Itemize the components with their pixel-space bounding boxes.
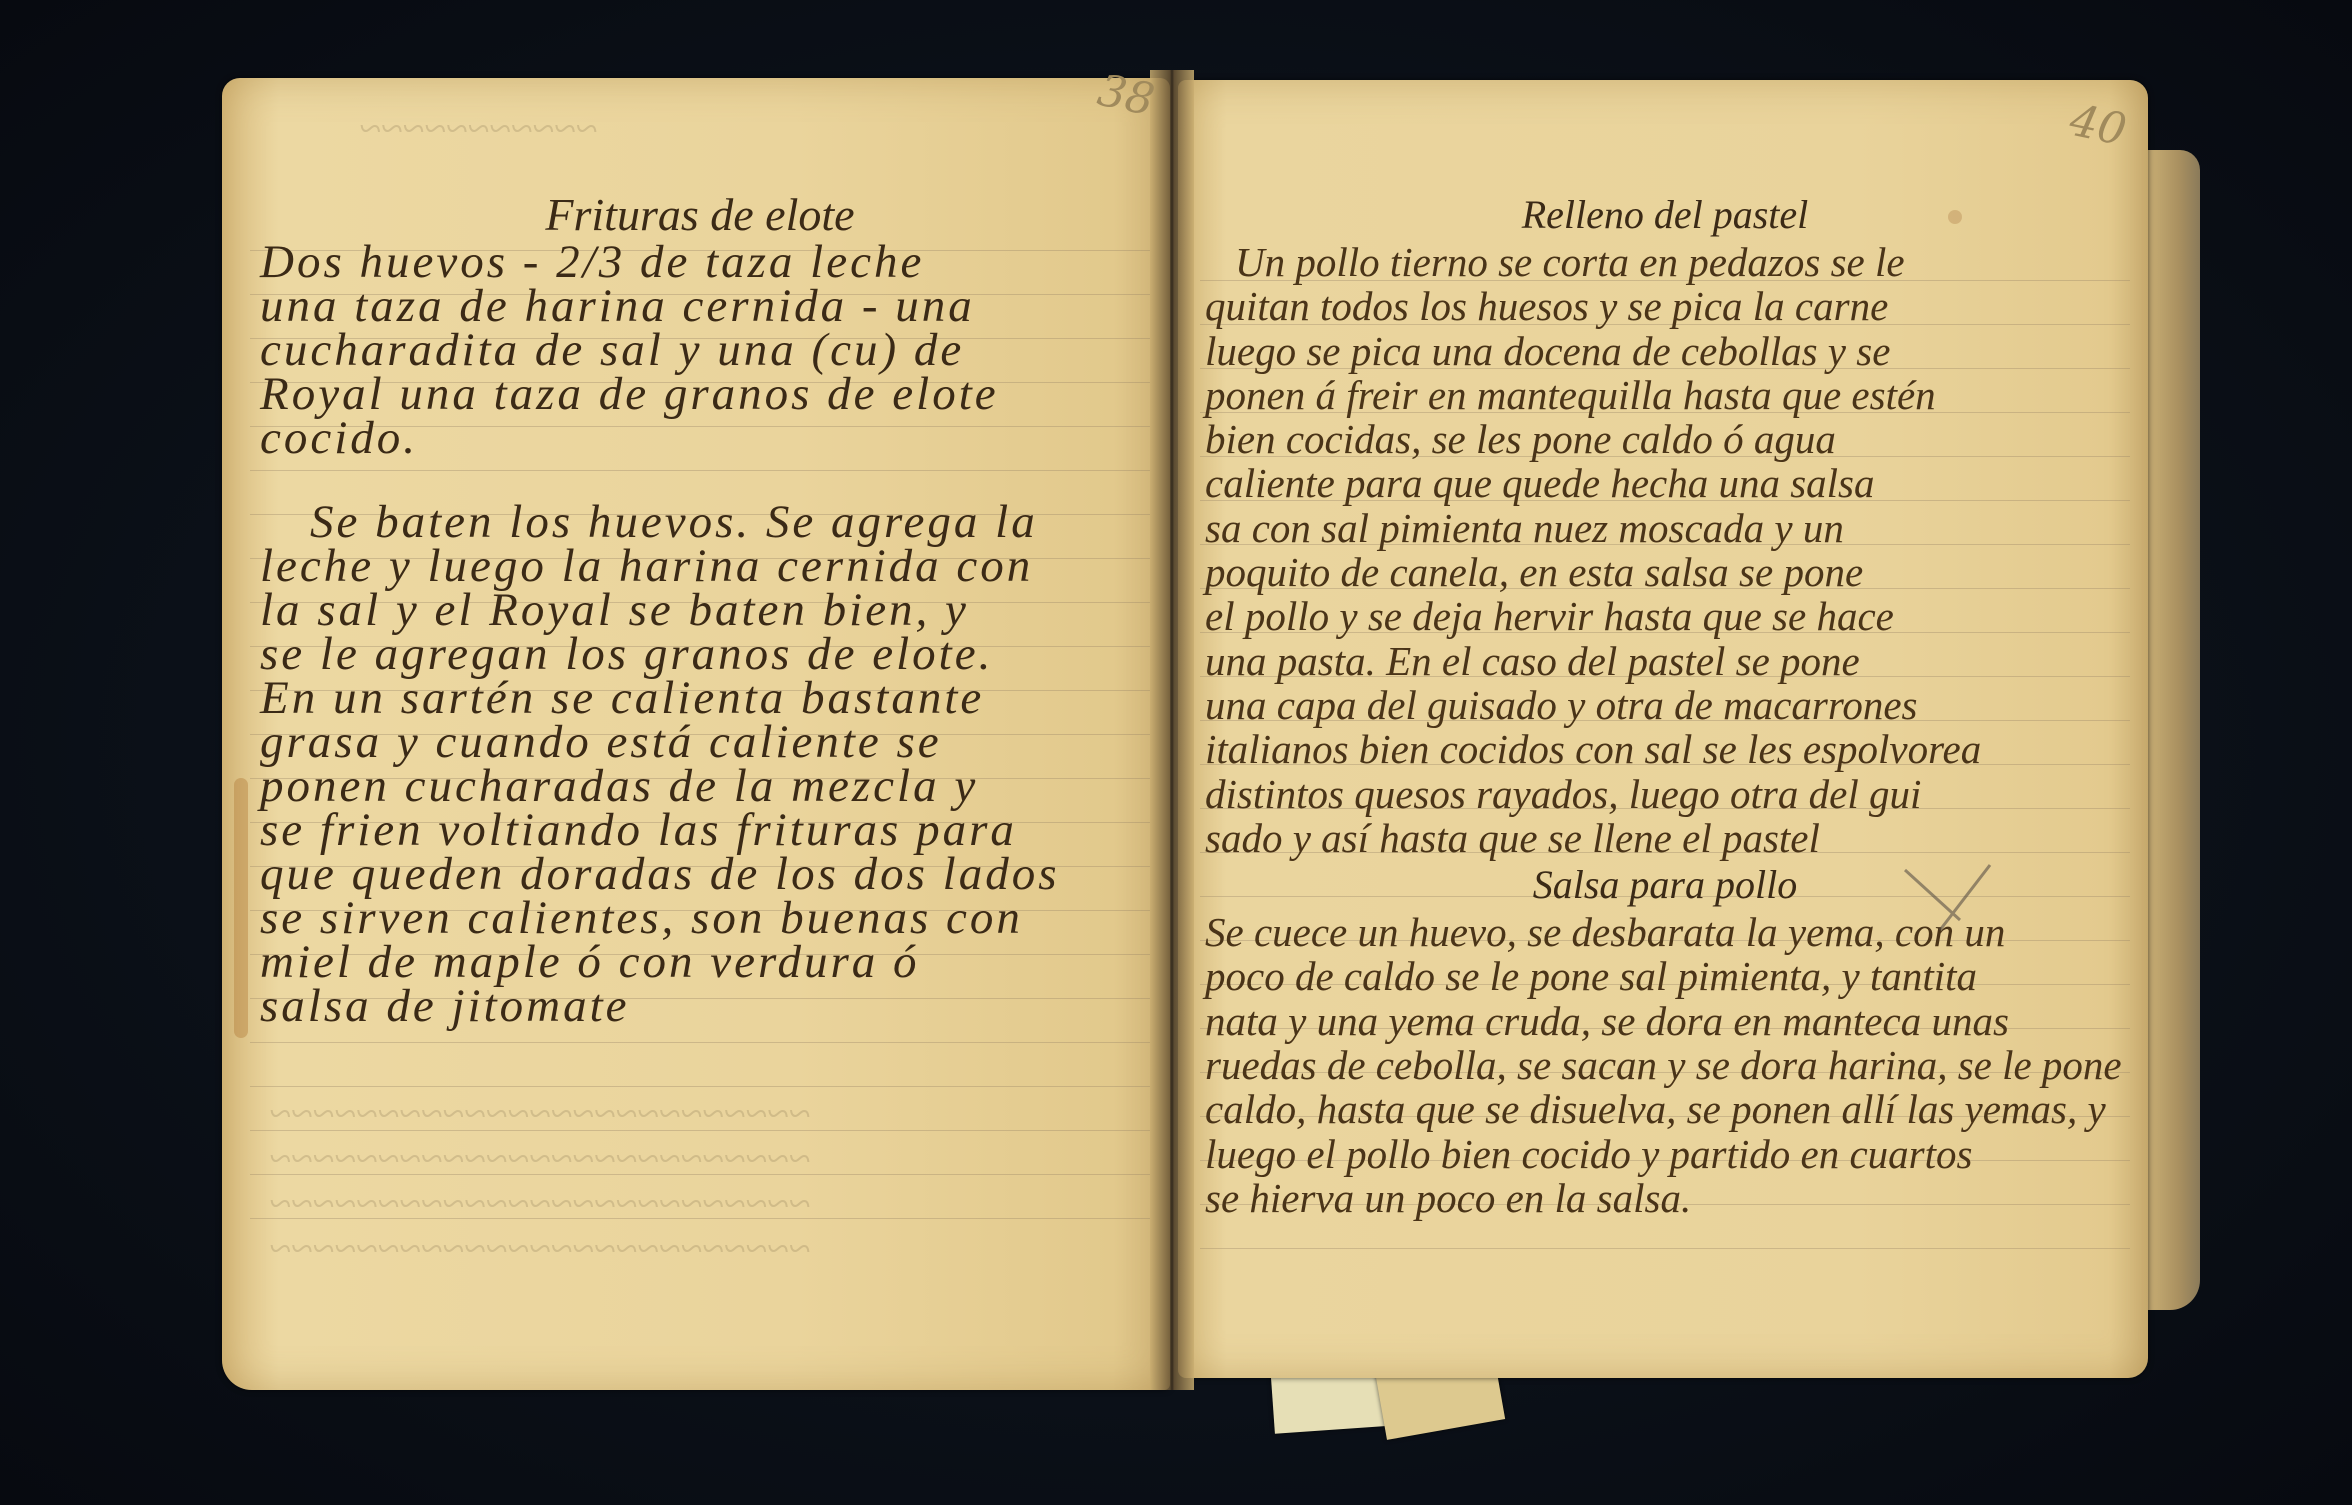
instruction-line: leche y luego la harina cernida con (260, 544, 1140, 588)
recipe-line: distintos quesos rayados, luego otra del… (1205, 772, 2125, 816)
instruction-line: se sirven calientes, son buenas con (260, 896, 1140, 940)
recipe-line: luego se pica una docena de cebollas y s… (1205, 329, 2125, 373)
recipe-line: una pasta. En el caso del pastel se pone (1205, 639, 2125, 683)
instruction-line: se le agregan los granos de elote. (260, 632, 1140, 676)
recipe-title: Relleno del pastel (1205, 190, 2125, 240)
recipe-line: se hierva un poco en la salsa. (1205, 1176, 2125, 1220)
recipe-line: sado y así hasta que se llene el pastel (1205, 816, 2125, 860)
recipe-line: el pollo y se deja hervir hasta que se h… (1205, 594, 2125, 638)
recipe-title: Frituras de elote (260, 190, 1140, 240)
instruction-line: grasa y cuando está caliente se (260, 720, 1140, 764)
instruction-line: miel de maple ó con verdura ó (260, 940, 1140, 984)
bleed-through-text: ~~~~~~~~~~~~~~~~~~~~~~~~~ (270, 1225, 811, 1272)
recipe-line: quitan todos los huesos y se pica la car… (1205, 284, 2125, 328)
ingredient-line: cocido. (260, 416, 1140, 460)
ingredient-line: una taza de harina cernida - una (260, 284, 1140, 328)
instruction-line: la sal y el Royal se baten bien, y (260, 588, 1140, 632)
right-page-recipes: Relleno del pastel Un pollo tierno se co… (1205, 190, 2125, 1220)
bleed-through-text: ~~~~~~~~~~~ (360, 105, 598, 152)
bleed-through-text: ~~~~~~~~~~~~~~~~~~~~~~~~~ (270, 1180, 811, 1227)
recipe-line: italianos bien cocidos con sal se les es… (1205, 727, 2125, 771)
ingredient-line: Royal una taza de granos de elote (260, 372, 1140, 416)
bleed-through-text: ~~~~~~~~~~~~~~~~~~~~~~~~~ (270, 1090, 811, 1137)
recipe-line: caliente para que quede hecha una salsa (1205, 461, 2125, 505)
instruction-line: En un sartén se calienta bastante (260, 676, 1140, 720)
recipe-line: ponen á freir en mantequilla hasta que e… (1205, 373, 2125, 417)
bleed-through-text: ~~~~~~~~~~~~~~~~~~~~~~~~~ (270, 1135, 811, 1182)
instruction-line: ponen cucharadas de la mezcla y (260, 764, 1140, 808)
pencil-mark-icon (1900, 860, 2020, 940)
recipe-line: luego el pollo bien cocido y partido en … (1205, 1132, 2125, 1176)
recipe-line: bien cocidas, se les pone caldo ó agua (1205, 417, 2125, 461)
recipe-line: Un pollo tierno se corta en pedazos se l… (1205, 240, 2125, 284)
recipe-frituras-de-elote: Frituras de elote Dos huevos - 2/3 de ta… (260, 190, 1140, 1028)
instruction-line: se frien voltiando las frituras para (260, 808, 1140, 852)
book-gutter (1150, 70, 1194, 1390)
recipe-line: poco de caldo se le pone sal pimienta, y… (1205, 954, 2125, 998)
recipe-line: una capa del guisado y otra de macarrone… (1205, 683, 2125, 727)
instruction-line: Se baten los huevos. Se agrega la (260, 500, 1140, 544)
instruction-line: que queden doradas de los dos lados (260, 852, 1140, 896)
instruction-line: salsa de jitomate (260, 984, 1140, 1028)
recipe-line: sa con sal pimienta nuez moscada y un (1205, 506, 2125, 550)
recipe-line: poquito de canela, en esta salsa se pone (1205, 550, 2125, 594)
recipe-line: ruedas de cebolla, se sacan y se dora ha… (1205, 1043, 2125, 1087)
recipe-line: nata y una yema cruda, se dora en mantec… (1205, 999, 2125, 1043)
ingredient-line: cucharadita de sal y una (cu) de (260, 328, 1140, 372)
open-notebook: ~~~~~~~~~~~ ~~~~~~~~~~~~~~~~~~~~~~~~~ ~~… (0, 0, 2352, 1505)
recipe-line: caldo, hasta que se disuelva, se ponen a… (1205, 1087, 2125, 1131)
recipe-relleno-del-pastel: Relleno del pastel Un pollo tierno se co… (1205, 190, 2125, 860)
ingredient-line: Dos huevos - 2/3 de taza leche (260, 240, 1140, 284)
